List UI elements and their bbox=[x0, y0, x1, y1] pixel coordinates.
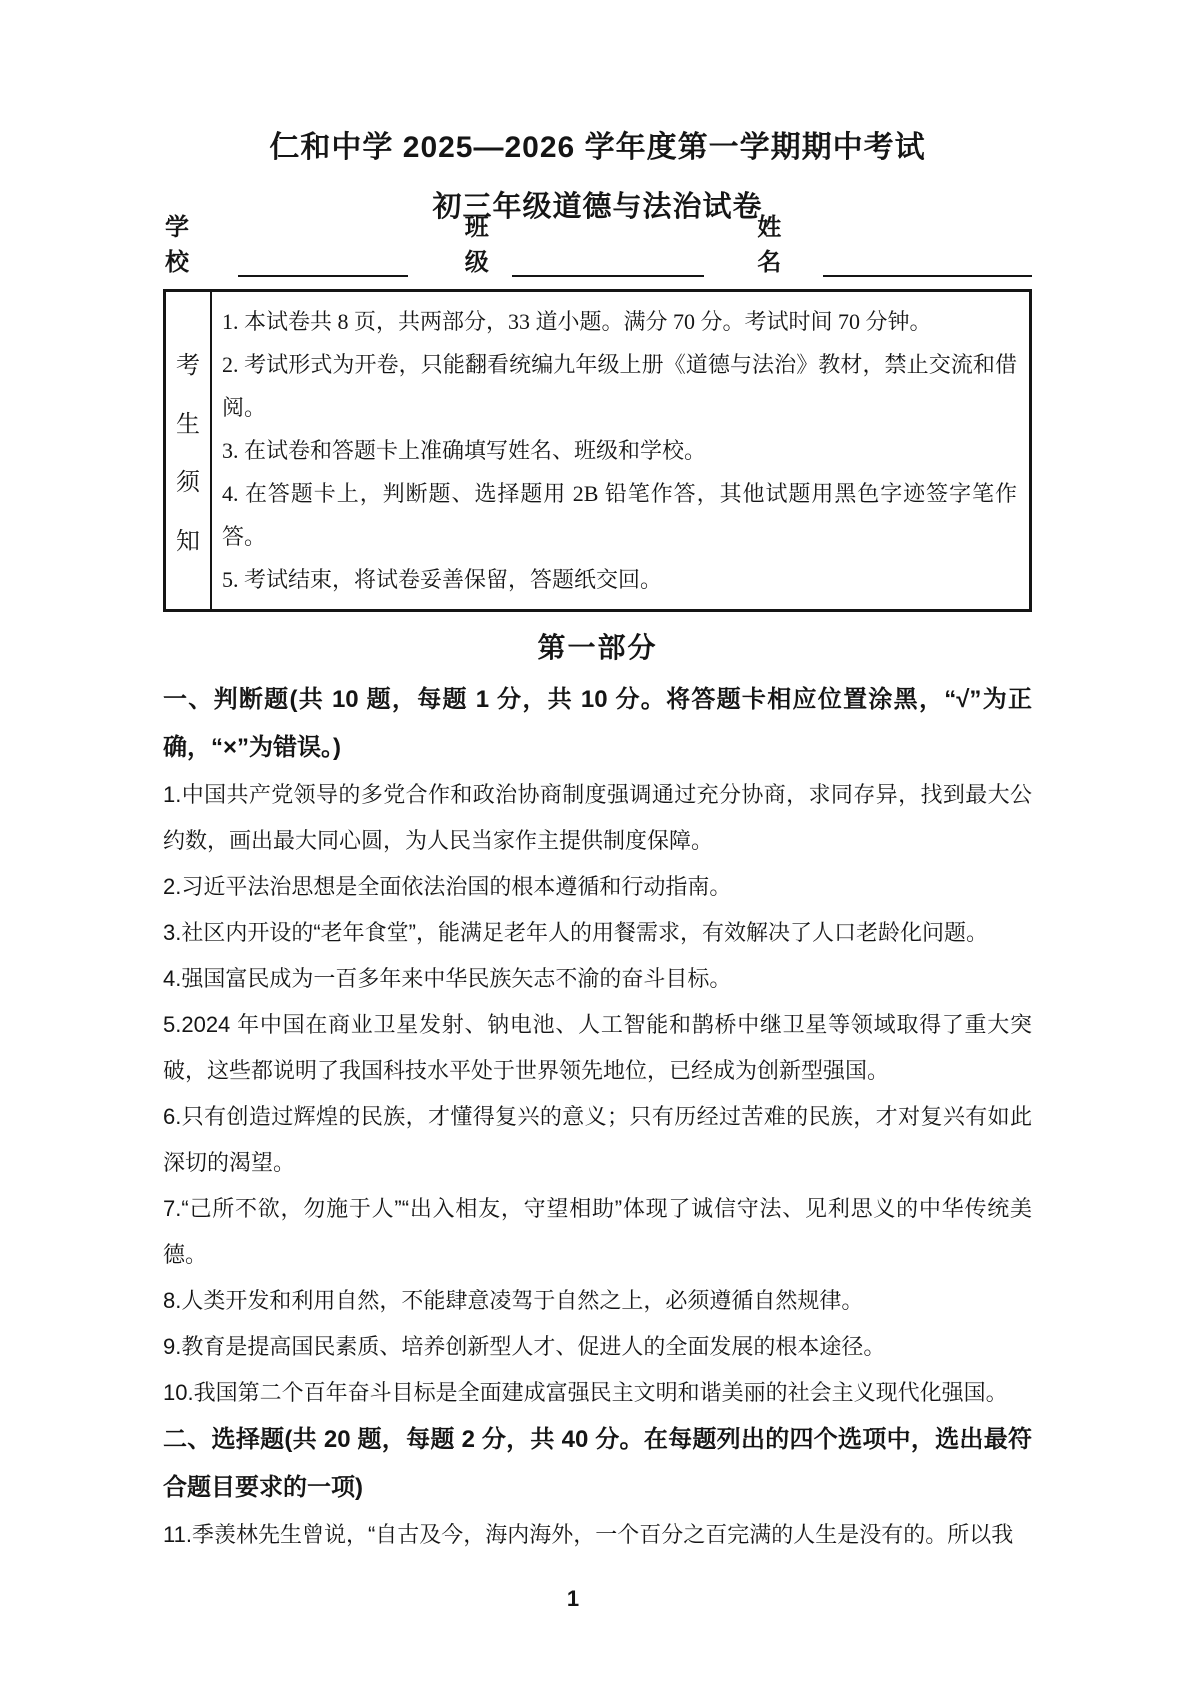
choice-section-heading: 二、选择题(共 20 题，每题 2 分，共 40 分。在每题列出的四个选项中，选… bbox=[163, 1416, 1032, 1512]
school-blank-line bbox=[238, 247, 408, 277]
notice-item: 2. 考试形式为开卷，只能翻看统编九年级上册《道德与法治》教材，禁止交流和借阅。 bbox=[222, 343, 1017, 429]
exam-subtitle: 初三年级道德与法治试卷 bbox=[163, 190, 1032, 224]
notice-body: 1. 本试卷共 8 页，共两部分，33 道小题。满分 70 分。考试时间 70 … bbox=[212, 292, 1029, 609]
class-blank-line bbox=[512, 247, 704, 277]
notice-side-char: 知 bbox=[176, 521, 200, 556]
notice-item: 1. 本试卷共 8 页，共两部分，33 道小题。满分 70 分。考试时间 70 … bbox=[222, 300, 1017, 343]
name-blank-line bbox=[823, 247, 1032, 277]
school-label: 学校 bbox=[165, 207, 210, 277]
name-label: 姓名 bbox=[757, 207, 802, 277]
notice-side-char: 考 bbox=[176, 345, 200, 380]
choice-item-11: 11.季羡林先生曾说，“自古及今，海内海外，一个百分之百完满的人生是没有的。所以… bbox=[163, 1512, 1032, 1558]
part-one-heading: 第一部分 bbox=[163, 626, 1032, 666]
judgment-item-3: 3.社区内开设的“老年食堂”，能满足老年人的用餐需求，有效解决了人口老龄化问题。 bbox=[163, 910, 1032, 956]
judgment-item-10: 10.我国第二个百年奋斗目标是全面建成富强民主文明和谐美丽的社会主义现代化强国。 bbox=[163, 1370, 1032, 1416]
notice-side-char: 生 bbox=[176, 404, 200, 439]
notice-side-char: 须 bbox=[176, 462, 200, 497]
notice-item: 4. 在答题卡上，判断题、选择题用 2B 铅笔作答，其他试题用黑色字迹签字笔作答… bbox=[222, 472, 1017, 558]
exam-paper-page: 仁和中学 2025—2026 学年度第一学期期中考试 初三年级道德与法治试卷 学… bbox=[0, 0, 1190, 1684]
judgment-item-7: 7.“己所不欲，勿施于人”“出入相友，守望相助”体现了诚信守法、见利思义的中华传… bbox=[163, 1186, 1032, 1278]
judgment-section-heading: 一、判断题(共 10 题，每题 1 分，共 10 分。将答题卡相应位置涂黑，“√… bbox=[163, 676, 1032, 772]
judgment-item-1: 1.中国共产党领导的多党合作和政治协商制度强调通过充分协商，求同存异，找到最大公… bbox=[163, 772, 1032, 864]
judgment-item-5: 5.2024 年中国在商业卫星发射、钠电池、人工智能和鹊桥中继卫星等领域取得了重… bbox=[163, 1002, 1032, 1094]
notice-item: 3. 在试卷和答题卡上准确填写姓名、班级和学校。 bbox=[222, 429, 1017, 472]
judgment-item-8: 8.人类开发和利用自然，不能肆意凌驾于自然之上，必须遵循自然规律。 bbox=[163, 1278, 1032, 1324]
examinee-notice-box: 考 生 须 知 1. 本试卷共 8 页，共两部分，33 道小题。满分 70 分。… bbox=[163, 289, 1032, 612]
judgment-item-4: 4.强国富民成为一百多年来中华民族矢志不渝的奋斗目标。 bbox=[163, 956, 1032, 1002]
class-label: 班级 bbox=[465, 207, 510, 277]
notice-item: 5. 考试结束，将试卷妥善保留，答题纸交回。 bbox=[222, 558, 1017, 601]
exam-title: 仁和中学 2025—2026 学年度第一学期期中考试 bbox=[163, 130, 1032, 165]
notice-side-label: 考 生 须 知 bbox=[166, 292, 212, 609]
page-number: 1 bbox=[0, 1586, 1146, 1612]
judgment-item-2: 2.习近平法治思想是全面依法治国的根本遵循和行动指南。 bbox=[163, 864, 1032, 910]
judgment-item-9: 9.教育是提高国民素质、培养创新型人才、促进人的全面发展的根本途径。 bbox=[163, 1324, 1032, 1370]
student-info-row: 学校 班级 姓名 bbox=[165, 243, 1032, 277]
judgment-item-6: 6.只有创造过辉煌的民族，才懂得复兴的意义；只有历经过苦难的民族，才对复兴有如此… bbox=[163, 1094, 1032, 1186]
